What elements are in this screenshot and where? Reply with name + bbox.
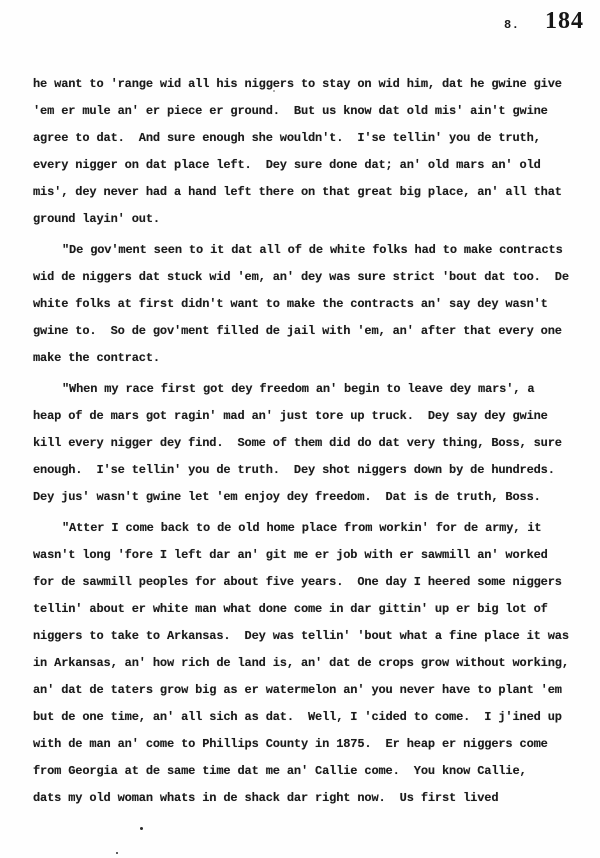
text-line: in Arkansas, an' how rich de land is, an… xyxy=(33,650,578,677)
text-line: mis', dey never had a hand left there on… xyxy=(33,179,578,206)
text-line: dats my old woman whats in de shack dar … xyxy=(33,785,578,812)
ink-speck xyxy=(273,90,275,92)
text-line: wid de niggers dat stuck wid 'em, an' de… xyxy=(33,264,578,291)
stamped-folio-number: 184 xyxy=(545,8,584,35)
paragraph: he want to 'range wid all his niggers to… xyxy=(33,71,578,233)
text-line: enough. I'se tellin' you de truth. Dey s… xyxy=(33,457,578,484)
text-line: agree to dat. And sure enough she wouldn… xyxy=(33,125,578,152)
text-line: "De gov'ment seen to it dat all of de wh… xyxy=(33,237,578,264)
document-page: 8. 184 he want to 'range wid all his nig… xyxy=(0,0,600,858)
text-line: make the contract. xyxy=(33,345,578,372)
text-line: tellin' about er white man what done com… xyxy=(33,596,578,623)
text-line: every nigger on dat place left. Dey sure… xyxy=(33,152,578,179)
text-line: he want to 'range wid all his niggers to… xyxy=(33,71,578,98)
text-line: an' dat de taters grow big as er waterme… xyxy=(33,677,578,704)
document-body: he want to 'range wid all his niggers to… xyxy=(33,71,578,816)
text-line: niggers to take to Arkansas. Dey was tel… xyxy=(33,623,578,650)
text-line: gwine to. So de gov'ment filled de jail … xyxy=(33,318,578,345)
paragraph: "When my race first got dey freedom an' … xyxy=(33,376,578,511)
page-header: 8. 184 xyxy=(0,0,600,50)
typed-page-number: 8. xyxy=(504,18,519,32)
text-line: Dey jus' wasn't gwine let 'em enjoy dey … xyxy=(33,484,578,511)
paragraph: "Atter I come back to de old home place … xyxy=(33,515,578,812)
text-line: wasn't long 'fore I left dar an' git me … xyxy=(33,542,578,569)
text-line: for de sawmill peoples for about five ye… xyxy=(33,569,578,596)
text-line: with de man an' come to Phillips County … xyxy=(33,731,578,758)
text-line: heap of de mars got ragin' mad an' just … xyxy=(33,403,578,430)
ink-speck xyxy=(453,107,455,109)
text-line: from Georgia at de same time dat me an' … xyxy=(33,758,578,785)
text-line: 'em er mule an' er piece er ground. But … xyxy=(33,98,578,125)
ink-speck xyxy=(116,852,118,854)
text-line: ground layin' out. xyxy=(33,206,578,233)
text-line: but de one time, an' all sich as dat. We… xyxy=(33,704,578,731)
text-line: white folks at first didn't want to make… xyxy=(33,291,578,318)
text-line: kill every nigger dey find. Some of them… xyxy=(33,430,578,457)
text-line: "Atter I come back to de old home place … xyxy=(33,515,578,542)
ink-speck xyxy=(140,827,143,830)
paragraph: "De gov'ment seen to it dat all of de wh… xyxy=(33,237,578,372)
text-line: "When my race first got dey freedom an' … xyxy=(33,376,578,403)
